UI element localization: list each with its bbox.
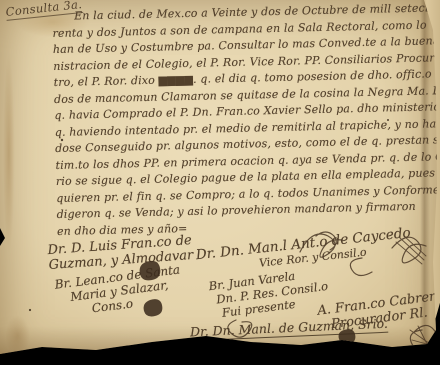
signature-varela-consiliario: Br. Juan Varela Dn. P. Res. Consil.o Fui… [208,265,331,321]
manuscript-body: En la ciud. de Mex.co a Veinte y dos de … [52,0,440,240]
rubric-flourish [350,258,372,276]
ink-speck [29,309,31,311]
manuscript-scan: Consulta 3a. En la ciud. de Mex.co a Vei… [0,0,440,365]
manuscript-page: Consulta 3a. En la ciud. de Mex.co a Vei… [0,0,440,365]
